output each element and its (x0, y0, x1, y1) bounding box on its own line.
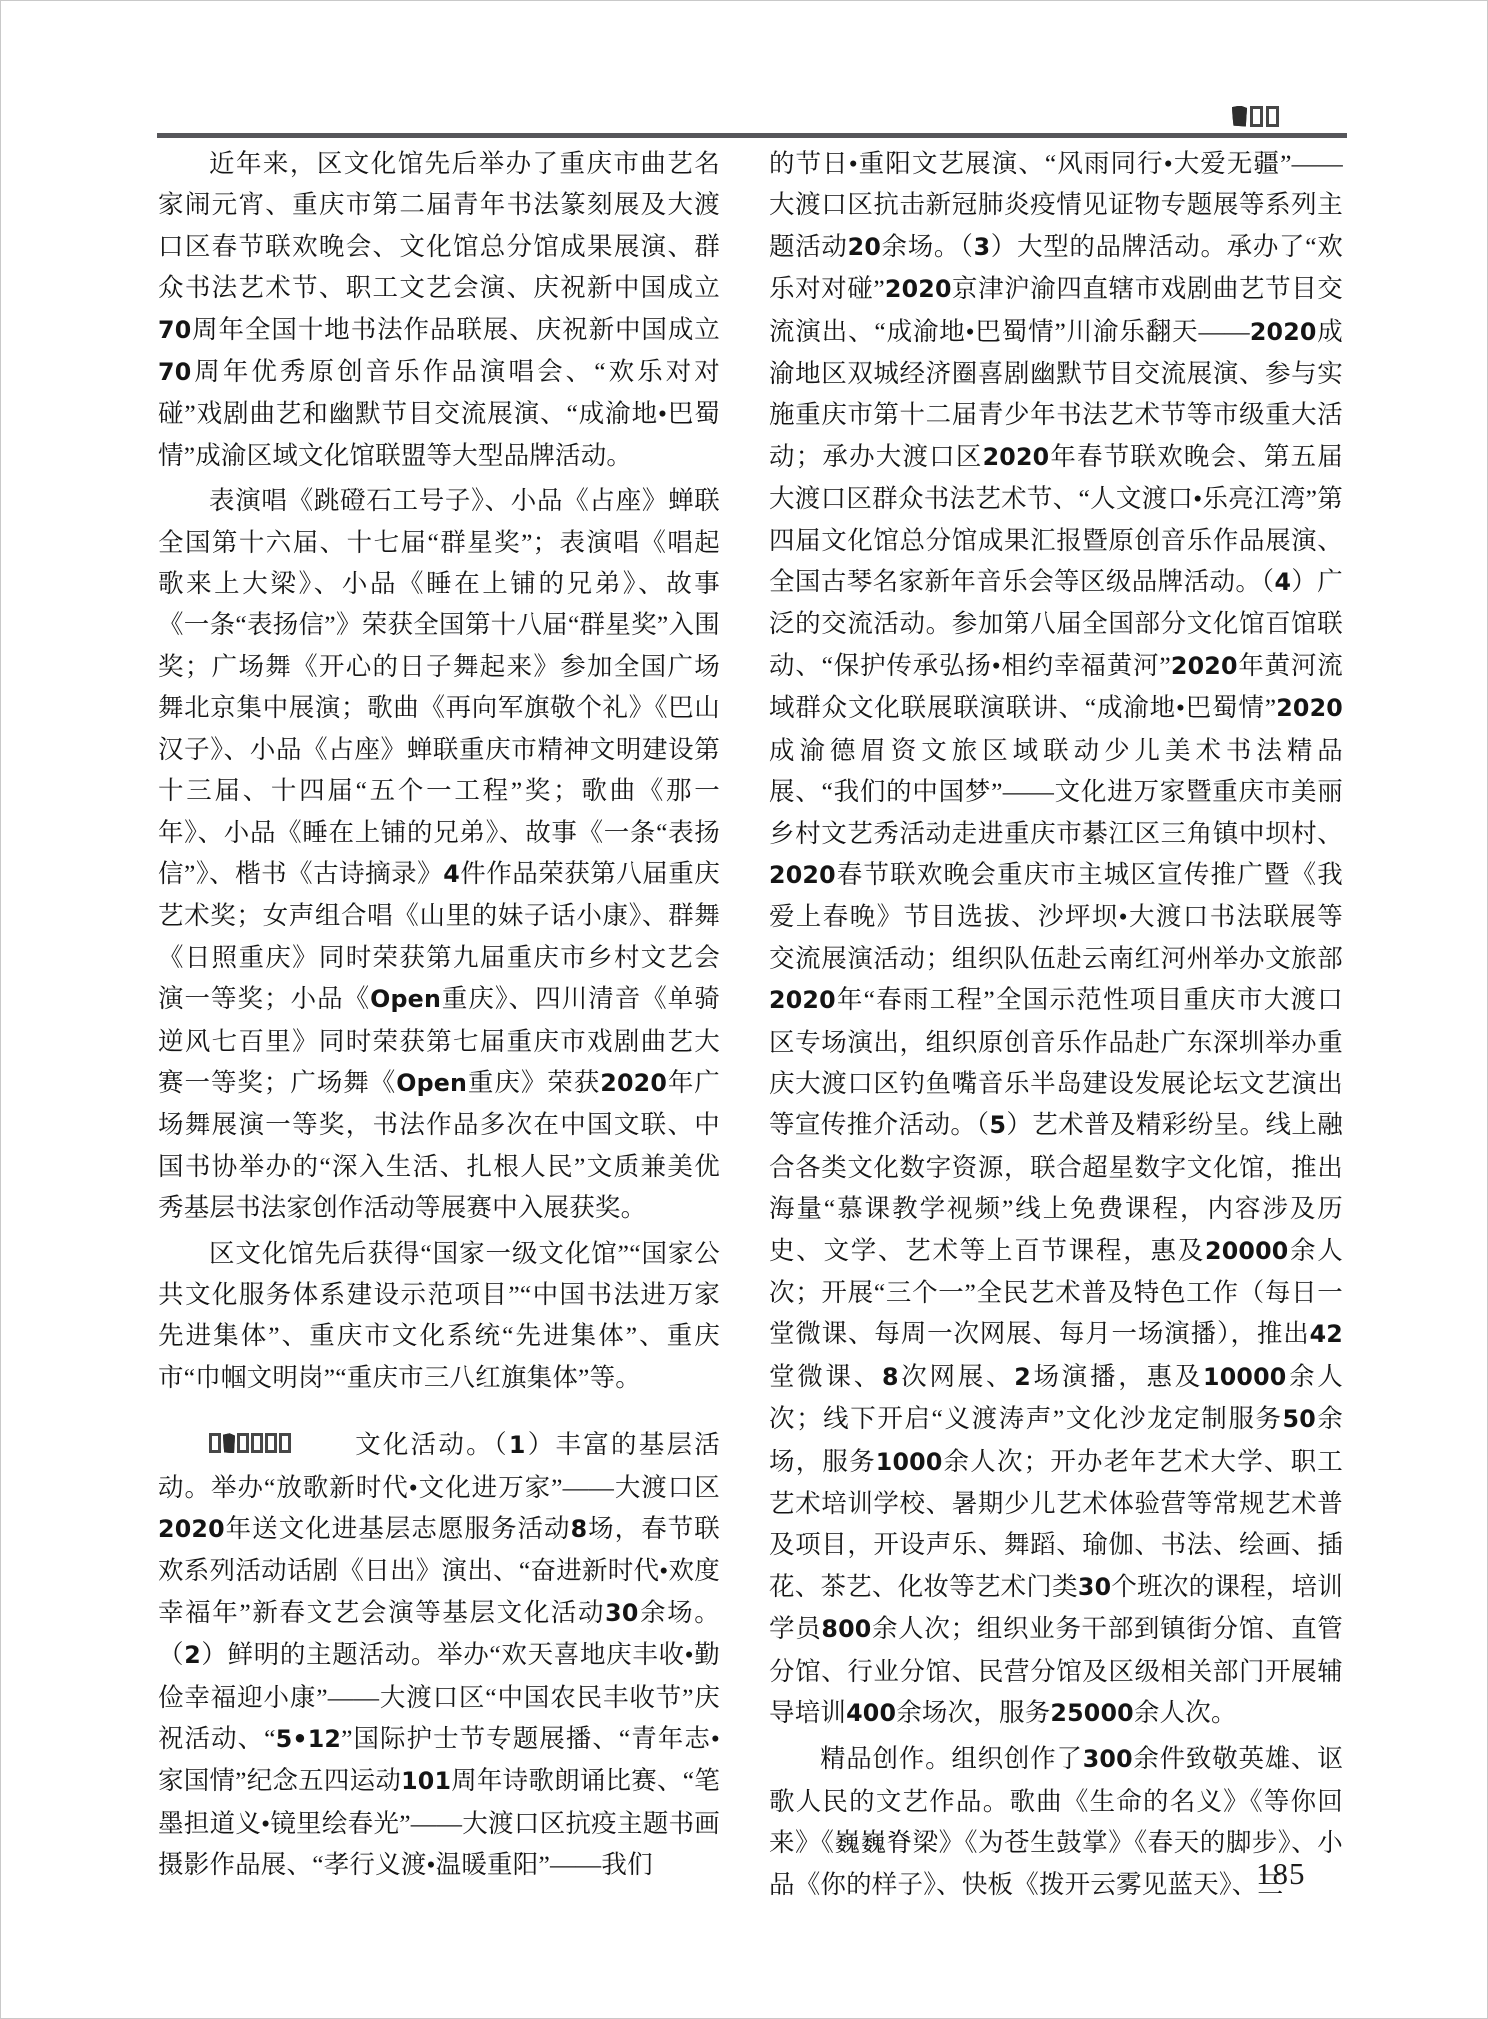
paragraph-cultural-activities-text: 文化活动。（1）丰富的基层活动。举办“放歌新时代•文化进万家”——大渡口区202… (158, 1430, 720, 1879)
tofu-box-icon (251, 1433, 263, 1453)
tofu-box-icon (209, 1433, 221, 1453)
header-rule (157, 133, 1347, 138)
paragraph-cultural-activities: 文化活动。（1）丰富的基层活动。举办“放歌新时代•文化进万家”——大渡口区202… (158, 1424, 720, 1885)
garbled-heading-glyphs (209, 1430, 293, 1459)
tofu-box-icon (1250, 106, 1263, 127)
paragraph-awards: 表演唱《跳磴石工号子》、小品《占座》蝉联全国第十六届、十七届“群星奖”；表演唱《… (158, 480, 720, 1228)
broken-glyph (223, 1433, 235, 1453)
right-text-column: 的节日•重阳文艺展演、“风雨同行•大爱无疆”——大渡口区抗击新冠肺炎疫情见证物专… (769, 143, 1343, 1909)
paragraph-activities-continued: 的节日•重阳文艺展演、“风雨同行•大爱无疆”——大渡口区抗击新冠肺炎疫情见证物专… (769, 143, 1343, 1734)
broken-glyph (1232, 106, 1247, 127)
tofu-box-icon (265, 1433, 277, 1453)
garbled-running-head (1232, 103, 1282, 129)
left-text-column: 近年来，区文化馆先后举办了重庆市曲艺名家闹元宵、重庆市第二届青年书法篆刻展及大渡… (158, 143, 720, 1890)
scanned-yearbook-page: 近年来，区文化馆先后举办了重庆市曲艺名家闹元宵、重庆市第二届青年书法篆刻展及大渡… (0, 0, 1488, 2019)
paragraph-honors: 区文化馆先后获得“国家一级文化馆”“国家公共文化服务体系建设示范项目”“中国书法… (158, 1233, 720, 1399)
tofu-box-icon (1266, 106, 1279, 127)
paragraph-recent-years: 近年来，区文化馆先后举办了重庆市曲艺名家闹元宵、重庆市第二届青年书法篆刻展及大渡… (158, 143, 720, 476)
page-number: 185 (1256, 1856, 1306, 1892)
tofu-box-icon (237, 1433, 249, 1453)
tofu-box-icon (279, 1433, 291, 1453)
